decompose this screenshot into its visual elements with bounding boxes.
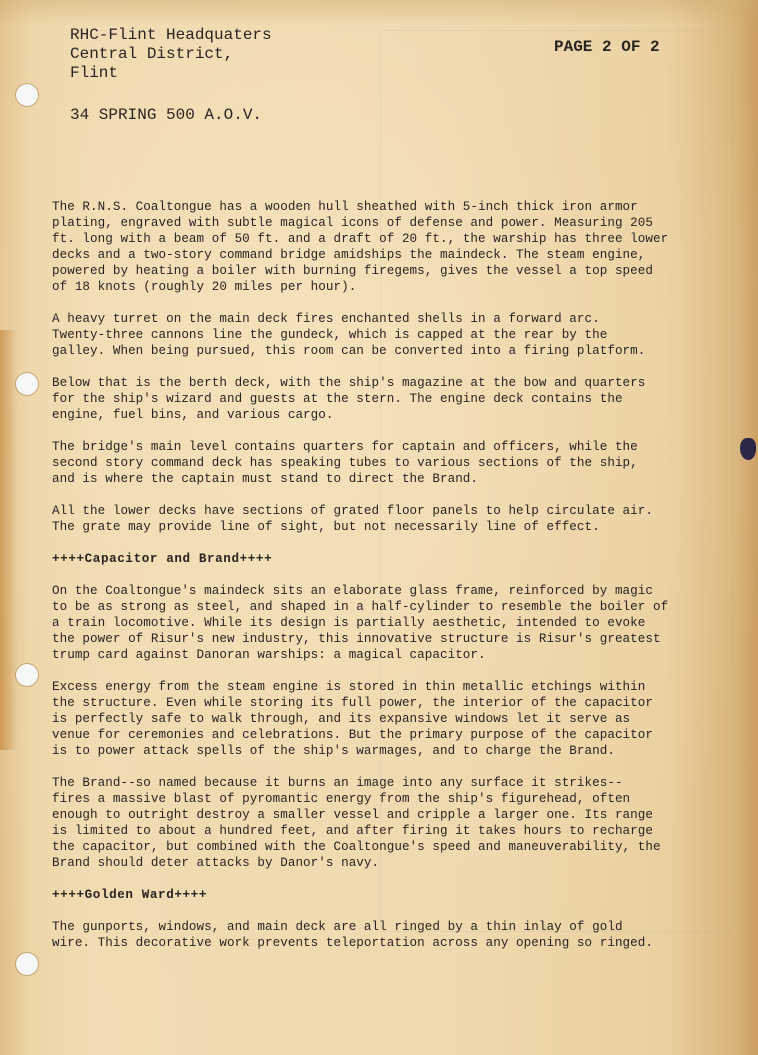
rust-stain-left: [0, 330, 18, 750]
punch-hole-icon: [16, 953, 38, 975]
paragraph-turret: A heavy turret on the main deck fires en…: [52, 311, 712, 359]
ink-blot: [740, 438, 756, 460]
document-body: The R.N.S. Coaltongue has a wooden hull …: [52, 199, 712, 967]
sender-address: RHC-Flint Headquaters Central District, …: [70, 26, 272, 83]
paragraph-grates: All the lower decks have sections of gra…: [52, 503, 712, 535]
paper-stain-top: [0, 0, 758, 26]
section-heading-golden-ward: ++++Golden Ward++++: [52, 887, 712, 903]
page-indicator: PAGE 2 OF 2: [554, 38, 660, 57]
section-heading-capacitor: ++++Capacitor and Brand++++: [52, 551, 712, 567]
paragraph-energy: Excess energy from the steam engine is s…: [52, 679, 712, 759]
punch-hole-icon: [16, 373, 38, 395]
punch-hole-icon: [16, 84, 38, 106]
document-page: RHC-Flint Headquaters Central District, …: [0, 0, 758, 1055]
paragraph-brand: The Brand--so named because it burns an …: [52, 775, 712, 871]
paragraph-bridge: The bridge's main level contains quarter…: [52, 439, 712, 487]
paragraph-capacitor: On the Coaltongue's maindeck sits an ela…: [52, 583, 712, 663]
paragraph-berth-deck: Below that is the berth deck, with the s…: [52, 375, 712, 423]
punch-hole-icon: [16, 664, 38, 686]
document-date: 34 SPRING 500 A.O.V.: [70, 106, 262, 125]
paragraph-golden-ward: The gunports, windows, and main deck are…: [52, 919, 712, 951]
paragraph-hull: The R.N.S. Coaltongue has a wooden hull …: [52, 199, 712, 295]
